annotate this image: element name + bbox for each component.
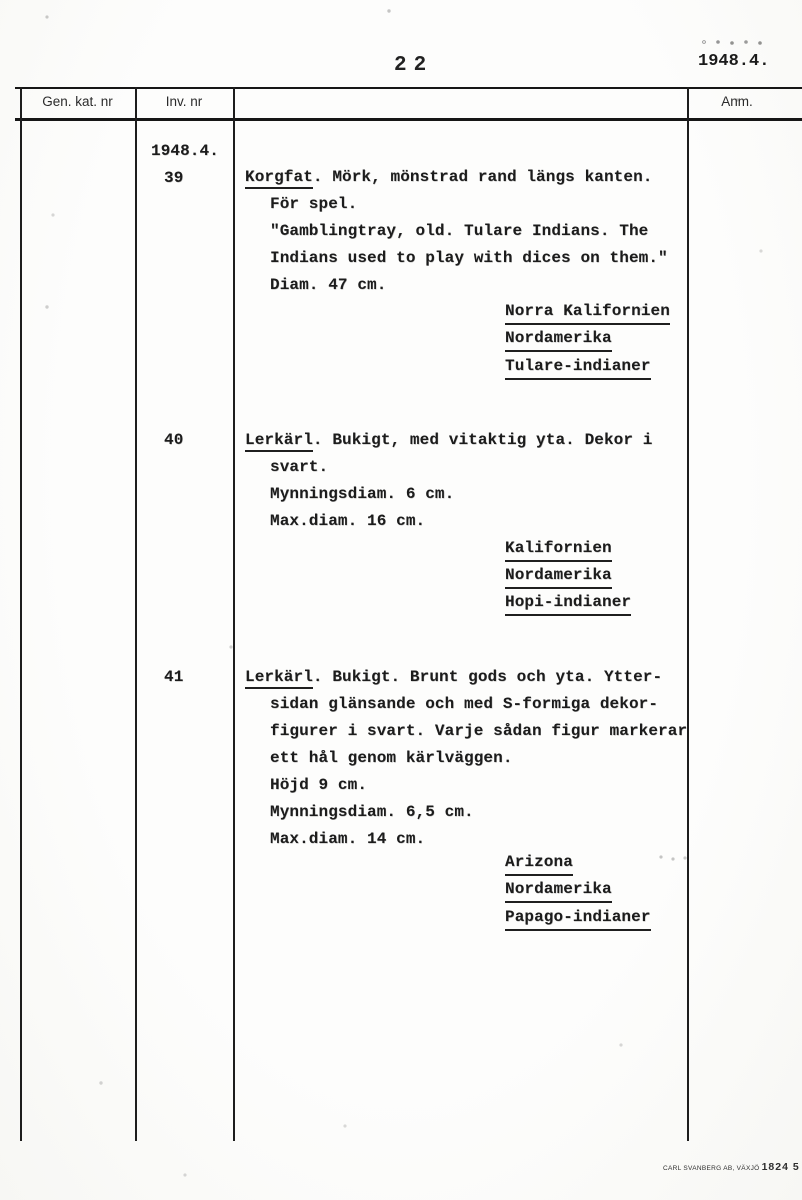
catalog-page-scan: 22 1948.4. Gen. kat. nr Inv. nr Anm. 194… [0, 0, 802, 1200]
entry-40-line-2: svart. [270, 456, 328, 478]
entry-40-line-1: Lerkärl. Bukigt, med vitaktig yta. Dekor… [245, 429, 652, 451]
entry-39-label-region: Norra Kalifornien [505, 300, 670, 325]
entry-41-inv-nr: 41 [164, 666, 183, 688]
page-number: 22 [394, 54, 433, 77]
entry-41-label-continent: Nordamerika [505, 878, 612, 903]
entry-39-title-rest: . Mörk, mönstrad rand längs kanten. [313, 168, 653, 186]
entry-41-label-region: Arizona [505, 851, 573, 876]
entry-41-line-4: ett hål genom kärlväggen. [270, 747, 513, 769]
column-header-gen-kat-nr: Gen. kat. nr [20, 92, 135, 112]
table-header-rule [15, 118, 802, 121]
scan-noise-specks [0, 0, 2, 2]
table-left-border [20, 87, 22, 1141]
entry-39-inv-nr: 39 [164, 167, 183, 189]
entry-41-line-6: Mynningsdiam. 6,5 cm. [270, 801, 474, 823]
entry-40-label-region: Kalifornien [505, 537, 612, 562]
printer-imprint-code: 1824 5 67 [762, 1161, 802, 1173]
table-col-divider-3 [687, 87, 689, 1141]
entry-41-line-1: Lerkärl. Bukigt. Brunt gods och yta. Ytt… [245, 666, 662, 688]
printer-imprint-name: CARL SVANBERG AB, VÄXJÖ [663, 1165, 759, 1172]
entry-41-line-2: sidan glänsande och med S-formiga dekor- [270, 693, 658, 715]
entry-39-line-2: För spel. [270, 193, 357, 215]
entry-40-line-4: Max.diam. 16 cm. [270, 510, 425, 532]
entry-39-line-5: Diam. 47 cm. [270, 274, 386, 296]
scan-noise-dotrow [703, 41, 705, 43]
entry-39-label-people: Tulare-indianer [505, 355, 651, 380]
entry-40-label-continent: Nordamerika [505, 564, 612, 589]
entry-41-title-rest: . Bukigt. Brunt gods och yta. Ytter- [313, 668, 662, 686]
entry-39-line-1: Korgfat. Mörk, mönstrad rand längs kante… [245, 166, 652, 188]
entry-39-line-3: "Gamblingtray, old. Tulare Indians. The [270, 220, 648, 242]
entry-41-title: Lerkärl [245, 668, 313, 689]
inventory-year: 1948.4. [151, 140, 219, 162]
entry-41-line-3: figurer i svart. Varje sådan figur marke… [270, 720, 687, 742]
entry-40-line-3: Mynningsdiam. 6 cm. [270, 483, 454, 505]
table-col-divider-2 [233, 87, 235, 1141]
entry-41-label-people: Papago-indianer [505, 906, 651, 931]
table-col-divider-1 [135, 87, 137, 1141]
entry-40-title-rest: . Bukigt, med vitaktig yta. Dekor i [313, 431, 653, 449]
page-year-ref: 1948.4. [698, 52, 769, 71]
table-top-rule [15, 87, 802, 89]
entry-40-label-people: Hopi-indianer [505, 591, 631, 616]
entry-40-title: Lerkärl [245, 431, 313, 452]
entry-41-line-5: Höjd 9 cm. [270, 774, 367, 796]
entry-40-inv-nr: 40 [164, 429, 183, 451]
column-header-inv-nr: Inv. nr [135, 92, 233, 112]
entry-41-line-7: Max.diam. 14 cm. [270, 828, 425, 850]
entry-39-title: Korgfat [245, 168, 313, 189]
entry-39-line-4: Indians used to play with dices on them.… [270, 247, 668, 269]
entry-39-label-continent: Nordamerika [505, 327, 612, 352]
column-header-anm: Anm. [687, 92, 787, 112]
printer-imprint: CARL SVANBERG AB, VÄXJÖ 1824 5 67 [663, 1157, 802, 1175]
